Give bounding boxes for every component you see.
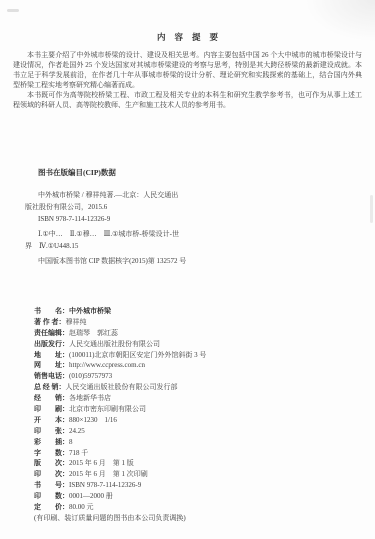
quality-exchange-note: (有印刷、装订质量问题的图书由本公司负责调换) [34, 513, 375, 524]
colophon-row-color-inserts: 彩 插：8 [34, 437, 375, 448]
field-label: 书 号： [34, 481, 69, 489]
field-value: 24.25 [69, 427, 85, 435]
field-label: 总 经 销： [34, 383, 66, 391]
field-label: 印 数： [34, 492, 69, 500]
field-label: 开 本： [34, 416, 69, 424]
scan-edge-mark [370, 195, 373, 223]
field-value: 718 千 [69, 449, 88, 457]
colophon-row-format: 开 本：880×1230 1/16 [34, 415, 375, 426]
colophon-row-printer: 印 刷：北京市密东印刷有限公司 [34, 404, 375, 415]
field-value: 2015 年 6 月 第 1 次印刷 [69, 470, 148, 478]
colophon-row-sales-phone: 销售电话：(010)59757973 [34, 371, 375, 382]
colophon-row-print-run: 印 数：0001—2000 册 [34, 491, 375, 502]
field-value: ISBN 978-7-114-12326-9 [69, 481, 141, 489]
field-label: 印 刷： [34, 405, 69, 413]
field-value: (010)59757973 [69, 372, 112, 380]
field-label: 版 次： [34, 459, 69, 467]
colophon-row-publisher: 出版发行：人民交通出版社股份有限公司 [34, 339, 375, 350]
cip-classification-line-1: Ⅰ.①中… Ⅱ.①穆… Ⅲ.①城市桥-桥梁设计-世 [25, 228, 240, 240]
colophon-row-word-count: 字 数：718 千 [34, 448, 375, 459]
field-value: 穆祥纯 [66, 318, 87, 326]
field-label: 著 作 者： [34, 318, 66, 326]
field-value: 人民交通出版社股份有限公司发行部 [66, 383, 178, 391]
cip-section: 图书在版编目(CIP)数据 中外城市桥梁 / 穆祥纯著.—北京：人民交通出 版社… [25, 168, 240, 267]
field-label: 网 址： [34, 361, 69, 369]
field-label: 责任编辑： [34, 329, 69, 337]
field-value: (100011)北京市朝阳区安定门外外馆斜街 3 号 [69, 351, 206, 359]
field-value: 2015 年 6 月 第 1 版 [69, 459, 134, 467]
field-label: 出版发行： [34, 340, 69, 348]
field-label: 彩 插： [34, 438, 69, 446]
cip-classification-line-2: 界 Ⅳ.①U448.15 [25, 240, 240, 252]
colophon-row-isbn: 书 号：ISBN 978-7-114-12326-9 [34, 480, 375, 491]
field-value: 0001—2000 册 [69, 492, 113, 500]
colophon-row-author: 著 作 者：穆祥纯 [34, 317, 375, 328]
colophon-row-address: 地 址：(100011)北京市朝阳区安定门外外馆斜街 3 号 [34, 350, 375, 361]
page: 内容提要 本书主要介绍了中外城市桥梁的设计、建设及相关思考。内容主要包括中国 2… [0, 0, 375, 539]
field-value: 赵瑞琴 郭红蕊 [69, 329, 118, 337]
scan-smudge [7, 9, 19, 12]
colophon-row-sheets: 印 张：24.25 [34, 426, 375, 437]
content-summary-title: 内容提要 [13, 32, 362, 42]
colophon-row-website: 网 址：http://www.ccpress.com.cn [34, 360, 375, 371]
content-summary-paragraph-2: 本书既可作为高等院校桥梁工程、市政工程及相关专业的本科生和研究生教学参考书，也可… [13, 90, 362, 110]
colophon-row-editors: 责任编辑：赵瑞琴 郭红蕊 [34, 328, 375, 339]
field-value: 880×1230 1/16 [69, 416, 117, 424]
colophon-section: 书 名：中外城市桥梁 著 作 者：穆祥纯 责任编辑：赵瑞琴 郭红蕊 出版发行：人… [34, 306, 375, 524]
colophon-row-book-title: 书 名：中外城市桥梁 [34, 306, 375, 317]
colophon-row-edition: 版 次：2015 年 6 月 第 1 版 [34, 458, 375, 469]
cip-record-number: 中国版本图书馆 CIP 数据核字(2015)第 132572 号 [25, 255, 355, 267]
field-label: 印 张： [34, 427, 69, 435]
field-value: http://www.ccpress.com.cn [69, 361, 145, 369]
colophon-row-price: 定 价：80.00 元 [34, 502, 375, 513]
cip-title: 图书在版编目(CIP)数据 [25, 168, 240, 178]
field-label: 销售电话： [34, 372, 69, 380]
field-value: 人民交通出版社股份有限公司 [69, 340, 160, 348]
field-label: 字 数： [34, 449, 69, 457]
field-value: 中外城市桥梁 [69, 307, 111, 315]
field-label: 地 址： [34, 351, 69, 359]
field-label: 印 次： [34, 470, 69, 478]
content-summary-paragraph-1: 本书主要介绍了中外城市桥梁的设计、建设及相关思考。内容主要包括中国 26 个大中… [13, 50, 362, 90]
cip-isbn: ISBN 978-7-114-12326-9 [25, 213, 240, 225]
field-value: 北京市密东印刷有限公司 [69, 405, 146, 413]
field-label: 经 销： [34, 394, 69, 402]
field-value: 各地新华书店 [69, 394, 111, 402]
colophon-row-printing: 印 次：2015 年 6 月 第 1 次印刷 [34, 469, 375, 480]
cip-bibliographic-line-2: 版社股份有限公司，2015.6 [25, 201, 240, 213]
colophon-row-distributor: 经 销：各地新华书店 [34, 393, 375, 404]
colophon-row-general-distributor: 总 经 销：人民交通出版社股份有限公司发行部 [34, 382, 375, 393]
field-value: 80.00 元 [69, 503, 94, 511]
field-label: 书 名： [34, 307, 69, 315]
field-value: 8 [69, 438, 73, 446]
field-label: 定 价： [34, 503, 69, 511]
book-copyright-page: { "summary": { "title": "内容提要", "paragra… [0, 0, 375, 539]
content-summary-section: 内容提要 本书主要介绍了中外城市桥梁的设计、建设及相关思考。内容主要包括中国 2… [13, 32, 362, 110]
cip-bibliographic-line-1: 中外城市桥梁 / 穆祥纯著.—北京：人民交通出 [25, 189, 240, 201]
